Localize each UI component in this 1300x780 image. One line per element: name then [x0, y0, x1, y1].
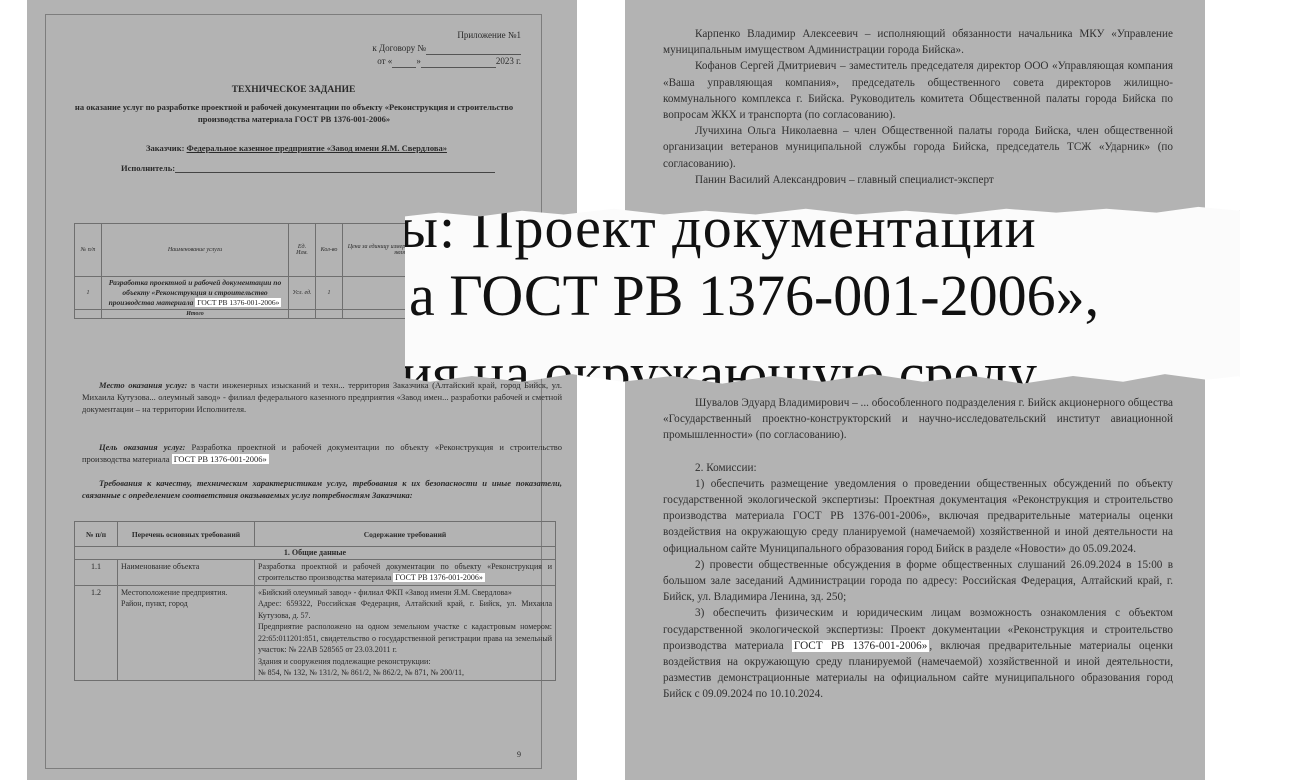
- paragraph: Лучихина Ольга Николаевна – член Обществ…: [663, 123, 1173, 172]
- place-of-service: Место оказания услуг: в части инженерных…: [82, 379, 562, 415]
- customer-label: Заказчик:: [146, 143, 184, 153]
- col-header: Ед. Изм.: [289, 224, 316, 277]
- unit: Усл. ед.: [289, 277, 316, 310]
- document-title: ТЕХНИЧЕСКОЕ ЗАДАНИЕ: [46, 85, 541, 95]
- document-subtitle: на оказание услуг по разработке проектно…: [64, 101, 524, 125]
- col-header: № п/п: [75, 522, 118, 547]
- table-row: 1.1 Наименование объекта Разработка прое…: [75, 559, 556, 585]
- paragraph: Панин Василий Александрович – главный сп…: [663, 172, 1173, 188]
- total-label: Итого: [102, 310, 289, 319]
- commission-tasks: Шувалов Эдуард Владимирович – ... обособ…: [663, 395, 1173, 703]
- table-header-row: № п/п Перечень основных требований Содер…: [75, 522, 556, 547]
- contract-date-line: от «»2023 г.: [372, 55, 521, 68]
- appendix-title: Приложение №1: [372, 29, 521, 42]
- strip-line-2: а ГОСТ РВ 1376-001-2006»,: [409, 267, 1099, 325]
- gost-highlight: ГОСТ РВ 1376-001-2006»: [393, 573, 485, 582]
- page-number: 9: [517, 750, 521, 759]
- contract-number-line: к Договору №: [372, 42, 521, 55]
- col-header: № п/п: [75, 224, 102, 277]
- customer-value: Федеральное казенное предприятие «Завод …: [187, 143, 447, 153]
- contractor-line: Исполнитель:: [121, 163, 495, 173]
- gost-highlight: ГОСТ РВ 1376-001-2006»: [172, 454, 269, 464]
- paragraph: 1) обеспечить размещение уведомления о п…: [663, 476, 1173, 557]
- col-header: Содержание требований: [255, 522, 556, 547]
- col-header: Наименование услуги: [102, 224, 289, 277]
- members-list: Карпенко Владимир Алексеевич – исполняющ…: [663, 10, 1173, 188]
- quantity: 1: [316, 277, 343, 310]
- service-name: Разработка проектной и рабочей документа…: [102, 277, 289, 310]
- paragraph: 3) обеспечить физическим и юридическим л…: [663, 605, 1173, 702]
- section-heading: 2. Комиссии:: [663, 460, 1173, 476]
- commission-order-document: Карпенко Владимир Алексеевич – исполняющ…: [625, 0, 1205, 780]
- paragraph: Кофанов Сергей Дмитриевич – заместитель …: [663, 58, 1173, 123]
- paragraph: Шувалов Эдуард Владимирович – ... обособ…: [663, 395, 1173, 444]
- row-num: 1: [75, 277, 102, 310]
- appendix-header: Приложение №1 к Договору № от «»2023 г.: [372, 29, 521, 68]
- section-title: 1. Общие данные: [75, 547, 556, 560]
- requirements-intro: Требования к качеству, техническим харак…: [82, 477, 562, 501]
- goal-of-service: Цель оказания услуг: Разработка проектно…: [82, 441, 562, 465]
- table-row: 1.2 Местоположение предприятия. Район, п…: [75, 585, 556, 680]
- gost-highlight: ГОСТ РВ 1376-001-2006»: [792, 640, 929, 652]
- document-frame: Приложение №1 к Договору № от «»2023 г. …: [45, 14, 542, 769]
- col-header: Кол-во: [316, 224, 343, 277]
- customer-line: Заказчик: Федеральное казенное предприят…: [146, 143, 447, 153]
- contractor-label: Исполнитель:: [121, 163, 175, 173]
- requirements-table: № п/п Перечень основных требований Содер…: [74, 521, 556, 681]
- paragraph: 2) провести общественные обсуждения в фо…: [663, 557, 1173, 606]
- paragraph: Карпенко Владимир Алексеевич – исполняющ…: [663, 26, 1173, 58]
- magnified-torn-strip: ы: Проект документации а ГОСТ РВ 1376-00…: [405, 205, 1240, 395]
- col-header: Перечень основных требований: [118, 522, 255, 547]
- gost-highlight: ГОСТ РВ 1376-001-2006»: [195, 298, 281, 307]
- technical-specification-document: Приложение №1 к Договору № от «»2023 г. …: [27, 0, 577, 780]
